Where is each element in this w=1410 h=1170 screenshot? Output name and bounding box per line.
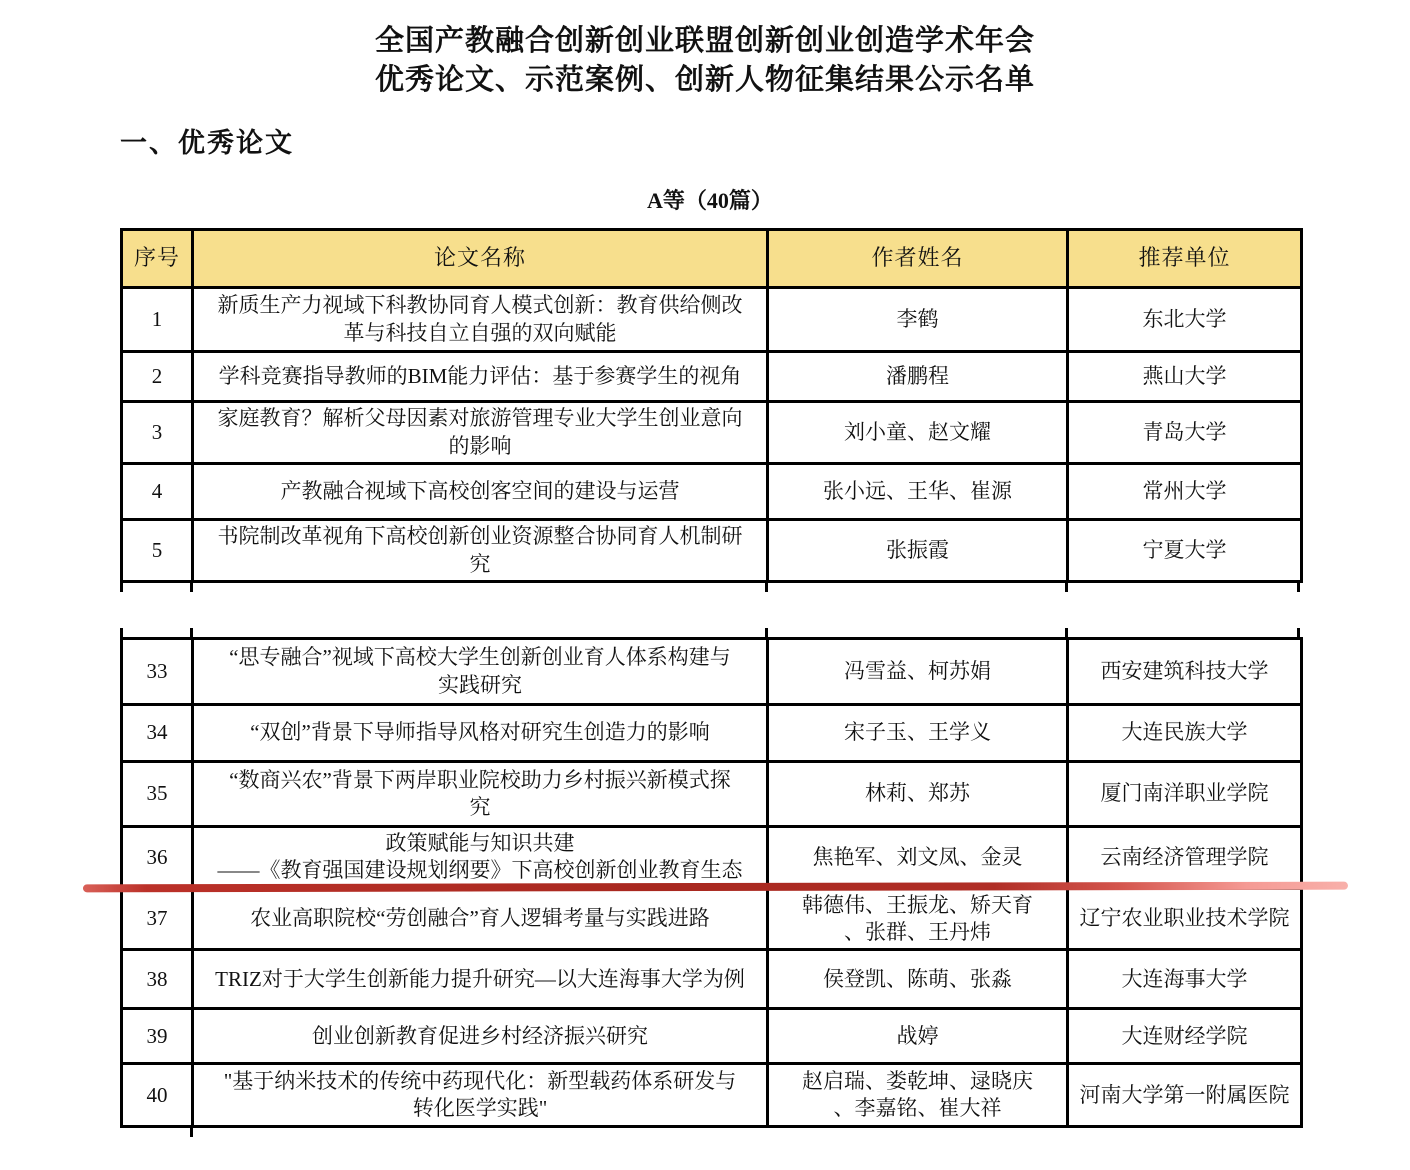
paper-authors: 冯雪益、柯苏娟 (768, 639, 1068, 705)
paper-authors: 焦艳军、刘文凤、金灵 (768, 827, 1068, 889)
header-cell-no: 序号 (122, 230, 193, 288)
paper-authors: 刘小童、赵文耀 (768, 402, 1068, 464)
row-number: 33 (122, 639, 193, 705)
table-edge-stub (1065, 628, 1068, 637)
paper-title: 农业高职院校“劳创融合”育人逻辑考量与实践进路 (193, 888, 768, 950)
row-number: 1 (122, 288, 193, 352)
paper-authors: 林莉、郑苏 (768, 762, 1068, 827)
paper-title: 创业创新教育促进乡村经济振兴研究 (193, 1009, 768, 1064)
paper-authors: 李鹤 (768, 288, 1068, 352)
row-number: 38 (122, 950, 193, 1009)
row-number: 34 (122, 705, 193, 762)
table-edge-stub (1065, 583, 1068, 592)
paper-title: “双创”背景下导师指导风格对研究生创造力的影响 (193, 705, 768, 762)
paper-authors: 战婷 (768, 1009, 1068, 1064)
row-number: 36 (122, 827, 193, 889)
paper-title: “数商兴农”背景下两岸职业院校助力乡村振兴新模式探 究 (193, 762, 768, 827)
paper-title: 产教融合视域下高校创客空间的建设与运营 (193, 464, 768, 520)
recommending-unit: 大连民族大学 (1068, 705, 1302, 762)
title-line-1: 全国产教融合创新创业联盟创新创业创造学术年会 (0, 22, 1410, 61)
paper-authors: 张小远、王华、崔源 (768, 464, 1068, 520)
paper-title: “思专融合”视域下高校大学生创新创业育人体系构建与 实践研究 (193, 639, 768, 705)
paper-authors: 潘鹏程 (768, 352, 1068, 402)
document-title: 全国产教融合创新创业联盟创新创业创造学术年会 优秀论文、示范案例、创新人物征集结… (0, 22, 1410, 100)
recommending-unit: 西安建筑科技大学 (1068, 639, 1302, 705)
papers-table-part1: 序号 论文名称 作者姓名 推荐单位 1 新质生产力视域下科教协同育人模式创新：教… (120, 228, 1303, 583)
table-row: 34 “双创”背景下导师指导风格对研究生创造力的影响 宋子玉、王学义 大连民族大… (122, 705, 1302, 762)
table-row: 38 TRIZ对于大学生创新能力提升研究—以大连海事大学为例 侯登凯、陈萌、张淼… (122, 950, 1302, 1009)
section-heading: 一、优秀论文 (120, 121, 294, 160)
table-row: 5 书院制改革视角下高校创新创业资源整合协同育人机制研 究 张振霞 宁夏大学 (122, 520, 1302, 582)
recommending-unit: 青岛大学 (1068, 402, 1302, 464)
row-number: 40 (122, 1064, 193, 1127)
table-edge-stub (190, 628, 193, 637)
table-header-row: 序号 论文名称 作者姓名 推荐单位 (122, 230, 1302, 288)
paper-authors: 宋子玉、王学义 (768, 705, 1068, 762)
table-row: 1 新质生产力视域下科教协同育人模式创新：教育供给侧改 革与科技自立自强的双向赋… (122, 288, 1302, 352)
table-row: 33 “思专融合”视域下高校大学生创新创业育人体系构建与 实践研究 冯雪益、柯苏… (122, 639, 1302, 705)
recommending-unit: 厦门南洋职业学院 (1068, 762, 1302, 827)
paper-authors: 侯登凯、陈萌、张淼 (768, 950, 1068, 1009)
table-edge-stub (190, 1128, 193, 1137)
row-number: 35 (122, 762, 193, 827)
header-cell-authors: 作者姓名 (768, 230, 1068, 288)
table-edge-stub (1297, 628, 1300, 637)
papers-table: 序号 论文名称 作者姓名 推荐单位 1 新质生产力视域下科教协同育人模式创新：教… (120, 228, 1303, 583)
row-number: 3 (122, 402, 193, 464)
paper-title: 书院制改革视角下高校创新创业资源整合协同育人机制研 究 (193, 520, 768, 582)
recommending-unit: 大连财经学院 (1068, 1009, 1302, 1064)
paper-title: 学科竞赛指导教师的BIM能力评估：基于参赛学生的视角 (193, 352, 768, 402)
table-row: 2 学科竞赛指导教师的BIM能力评估：基于参赛学生的视角 潘鹏程 燕山大学 (122, 352, 1302, 402)
table-edge-stub (765, 628, 768, 637)
paper-title: 政策赋能与知识共建 ——《教育强国建设规划纲要》下高校创新创业教育生态 (193, 827, 768, 889)
row-number: 39 (122, 1009, 193, 1064)
table-row-highlighted: 36 政策赋能与知识共建 ——《教育强国建设规划纲要》下高校创新创业教育生态 焦… (122, 827, 1302, 889)
table-row: 39 创业创新教育促进乡村经济振兴研究 战婷 大连财经学院 (122, 1009, 1302, 1064)
recommending-unit: 宁夏大学 (1068, 520, 1302, 582)
header-cell-unit: 推荐单位 (1068, 230, 1302, 288)
row-number: 5 (122, 520, 193, 582)
table-edge-stub (120, 583, 123, 592)
table-edge-stub (1297, 583, 1300, 592)
recommending-unit: 大连海事大学 (1068, 950, 1302, 1009)
recommending-unit: 云南经济管理学院 (1068, 827, 1302, 889)
row-number: 2 (122, 352, 193, 402)
table-row: 35 “数商兴农”背景下两岸职业院校助力乡村振兴新模式探 究 林莉、郑苏 厦门南… (122, 762, 1302, 827)
row-number: 4 (122, 464, 193, 520)
paper-title: "基于纳米技术的传统中药现代化：新型载药体系研发与 转化医学实践" (193, 1064, 768, 1127)
table-row: 4 产教融合视域下高校创客空间的建设与运营 张小远、王华、崔源 常州大学 (122, 464, 1302, 520)
paper-authors: 赵启瑞、娄乾坤、逯晓庆 、李嘉铭、崔大祥 (768, 1064, 1068, 1127)
table-edge-stub (190, 583, 193, 592)
recommending-unit: 燕山大学 (1068, 352, 1302, 402)
page-root: 全国产教融合创新创业联盟创新创业创造学术年会 优秀论文、示范案例、创新人物征集结… (0, 0, 1410, 1170)
table-row: 40 "基于纳米技术的传统中药现代化：新型载药体系研发与 转化医学实践" 赵启瑞… (122, 1064, 1302, 1127)
table-row: 37 农业高职院校“劳创融合”育人逻辑考量与实践进路 韩德伟、王振龙、矫天育 、… (122, 888, 1302, 950)
recommending-unit: 辽宁农业职业技术学院 (1068, 888, 1302, 950)
recommending-unit: 常州大学 (1068, 464, 1302, 520)
paper-authors: 韩德伟、王振龙、矫天育 、张群、王丹炜 (768, 888, 1068, 950)
paper-authors: 张振霞 (768, 520, 1068, 582)
recommending-unit: 东北大学 (1068, 288, 1302, 352)
recommending-unit: 河南大学第一附属医院 (1068, 1064, 1302, 1127)
paper-title: 家庭教育？解析父母因素对旅游管理专业大学生创业意向 的影响 (193, 402, 768, 464)
grade-label: A等（40篇） (120, 184, 1300, 215)
paper-title: 新质生产力视域下科教协同育人模式创新：教育供给侧改 革与科技自立自强的双向赋能 (193, 288, 768, 352)
table-row: 3 家庭教育？解析父母因素对旅游管理专业大学生创业意向 的影响 刘小童、赵文耀 … (122, 402, 1302, 464)
title-line-2: 优秀论文、示范案例、创新人物征集结果公示名单 (0, 61, 1410, 100)
paper-title: TRIZ对于大学生创新能力提升研究—以大连海事大学为例 (193, 950, 768, 1009)
table-edge-stub (765, 583, 768, 592)
row-number: 37 (122, 888, 193, 950)
header-cell-title: 论文名称 (193, 230, 768, 288)
table-edge-stub (120, 628, 123, 637)
